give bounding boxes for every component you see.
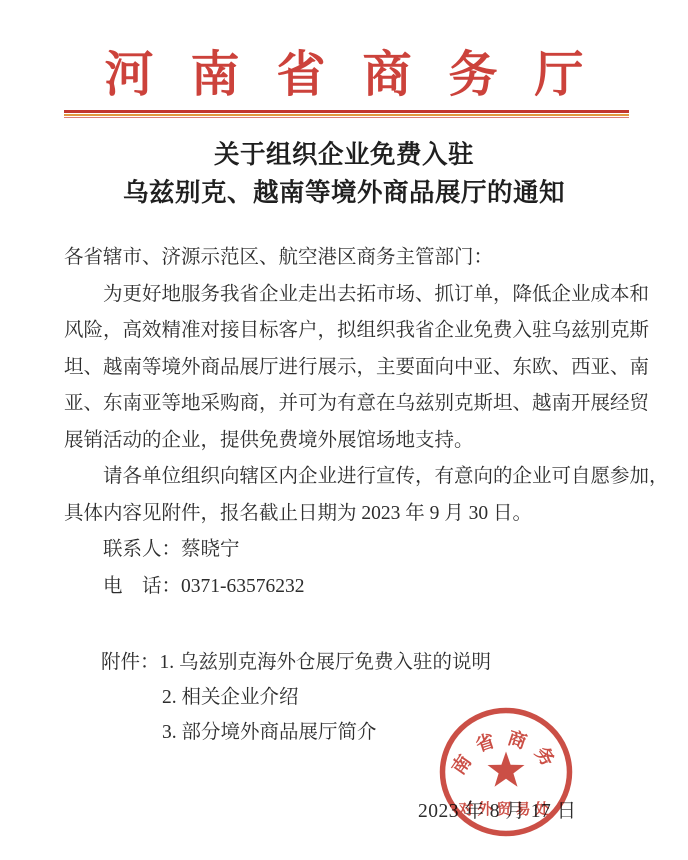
- attachments-label: 附件：: [101, 652, 160, 673]
- document-page: 河南省商务厅 关于组织企业免费入驻 乌兹别克、越南等境外商品展厅的通知 各省辖市…: [0, 0, 688, 860]
- contact-person: 联系人：蔡晓宁: [64, 532, 629, 569]
- contact-phone: 电 话：0371-63576232: [64, 569, 629, 606]
- paragraph2-line2: 具体内容见附件，报名截止日期为 2023 年 9 月 30 日。: [64, 496, 629, 533]
- divider-line-top: [64, 110, 629, 113]
- divider-line-middle: [64, 114, 629, 116]
- paragraph1-line5: 展销活动的企业，提供免费境外展馆场地支持。: [64, 423, 629, 460]
- document-title: 关于组织企业免费入驻 乌兹别克、越南等境外商品展厅的通知: [0, 136, 688, 212]
- official-seal: 河南省商务厅 对外贸易处: [436, 702, 576, 842]
- paragraph1-line2: 风险，高效精准对接目标客户，拟组织我省企业免费入驻乌兹别克斯: [64, 313, 629, 350]
- attachment-item-3: 3. 部分境外商品展厅简介: [101, 715, 491, 750]
- attachments-section: 附件：1. 乌兹别克海外仓展厅免费入驻的说明 2. 相关企业介绍 3. 部分境外…: [101, 645, 491, 750]
- paragraph2-line1: 请各单位组织向辖区内企业进行宣传，有意向的企业可自愿参加，: [64, 459, 629, 496]
- attachment-item-2: 2. 相关企业介绍: [101, 680, 491, 715]
- document-body: 各省辖市、济源示范区、航空港区商务主管部门： 为更好地服务我省企业走出去拓市场、…: [64, 240, 629, 605]
- agency-title-text: 河南省商务厅: [104, 47, 620, 102]
- paragraph1-line3: 坦、越南等境外商品展厅进行展示，主要面向中亚、东欧、西亚、南: [64, 350, 629, 387]
- salutation: 各省辖市、济源示范区、航空港区商务主管部门：: [64, 240, 629, 277]
- red-divider: [64, 110, 629, 118]
- seal-department-text: 对外贸易处: [457, 800, 553, 818]
- document-title-line2: 乌兹别克、越南等境外商品展厅的通知: [0, 174, 688, 212]
- paragraph1-line1: 为更好地服务我省企业走出去拓市场、抓订单，降低企业成本和: [64, 277, 629, 314]
- document-title-line1: 关于组织企业免费入驻: [0, 136, 688, 174]
- agency-title: 河南省商务厅: [0, 46, 688, 104]
- divider-line-bottom: [64, 117, 629, 119]
- attachment-item-1: 1. 乌兹别克海外仓展厅免费入驻的说明: [160, 652, 492, 673]
- seal-star-icon: [488, 752, 525, 787]
- attachment-row-1: 附件：1. 乌兹别克海外仓展厅免费入驻的说明: [101, 645, 491, 680]
- paragraph1-line4: 亚、东南亚等地采购商，并可为有意在乌兹别克斯坦、越南开展经贸: [64, 386, 629, 423]
